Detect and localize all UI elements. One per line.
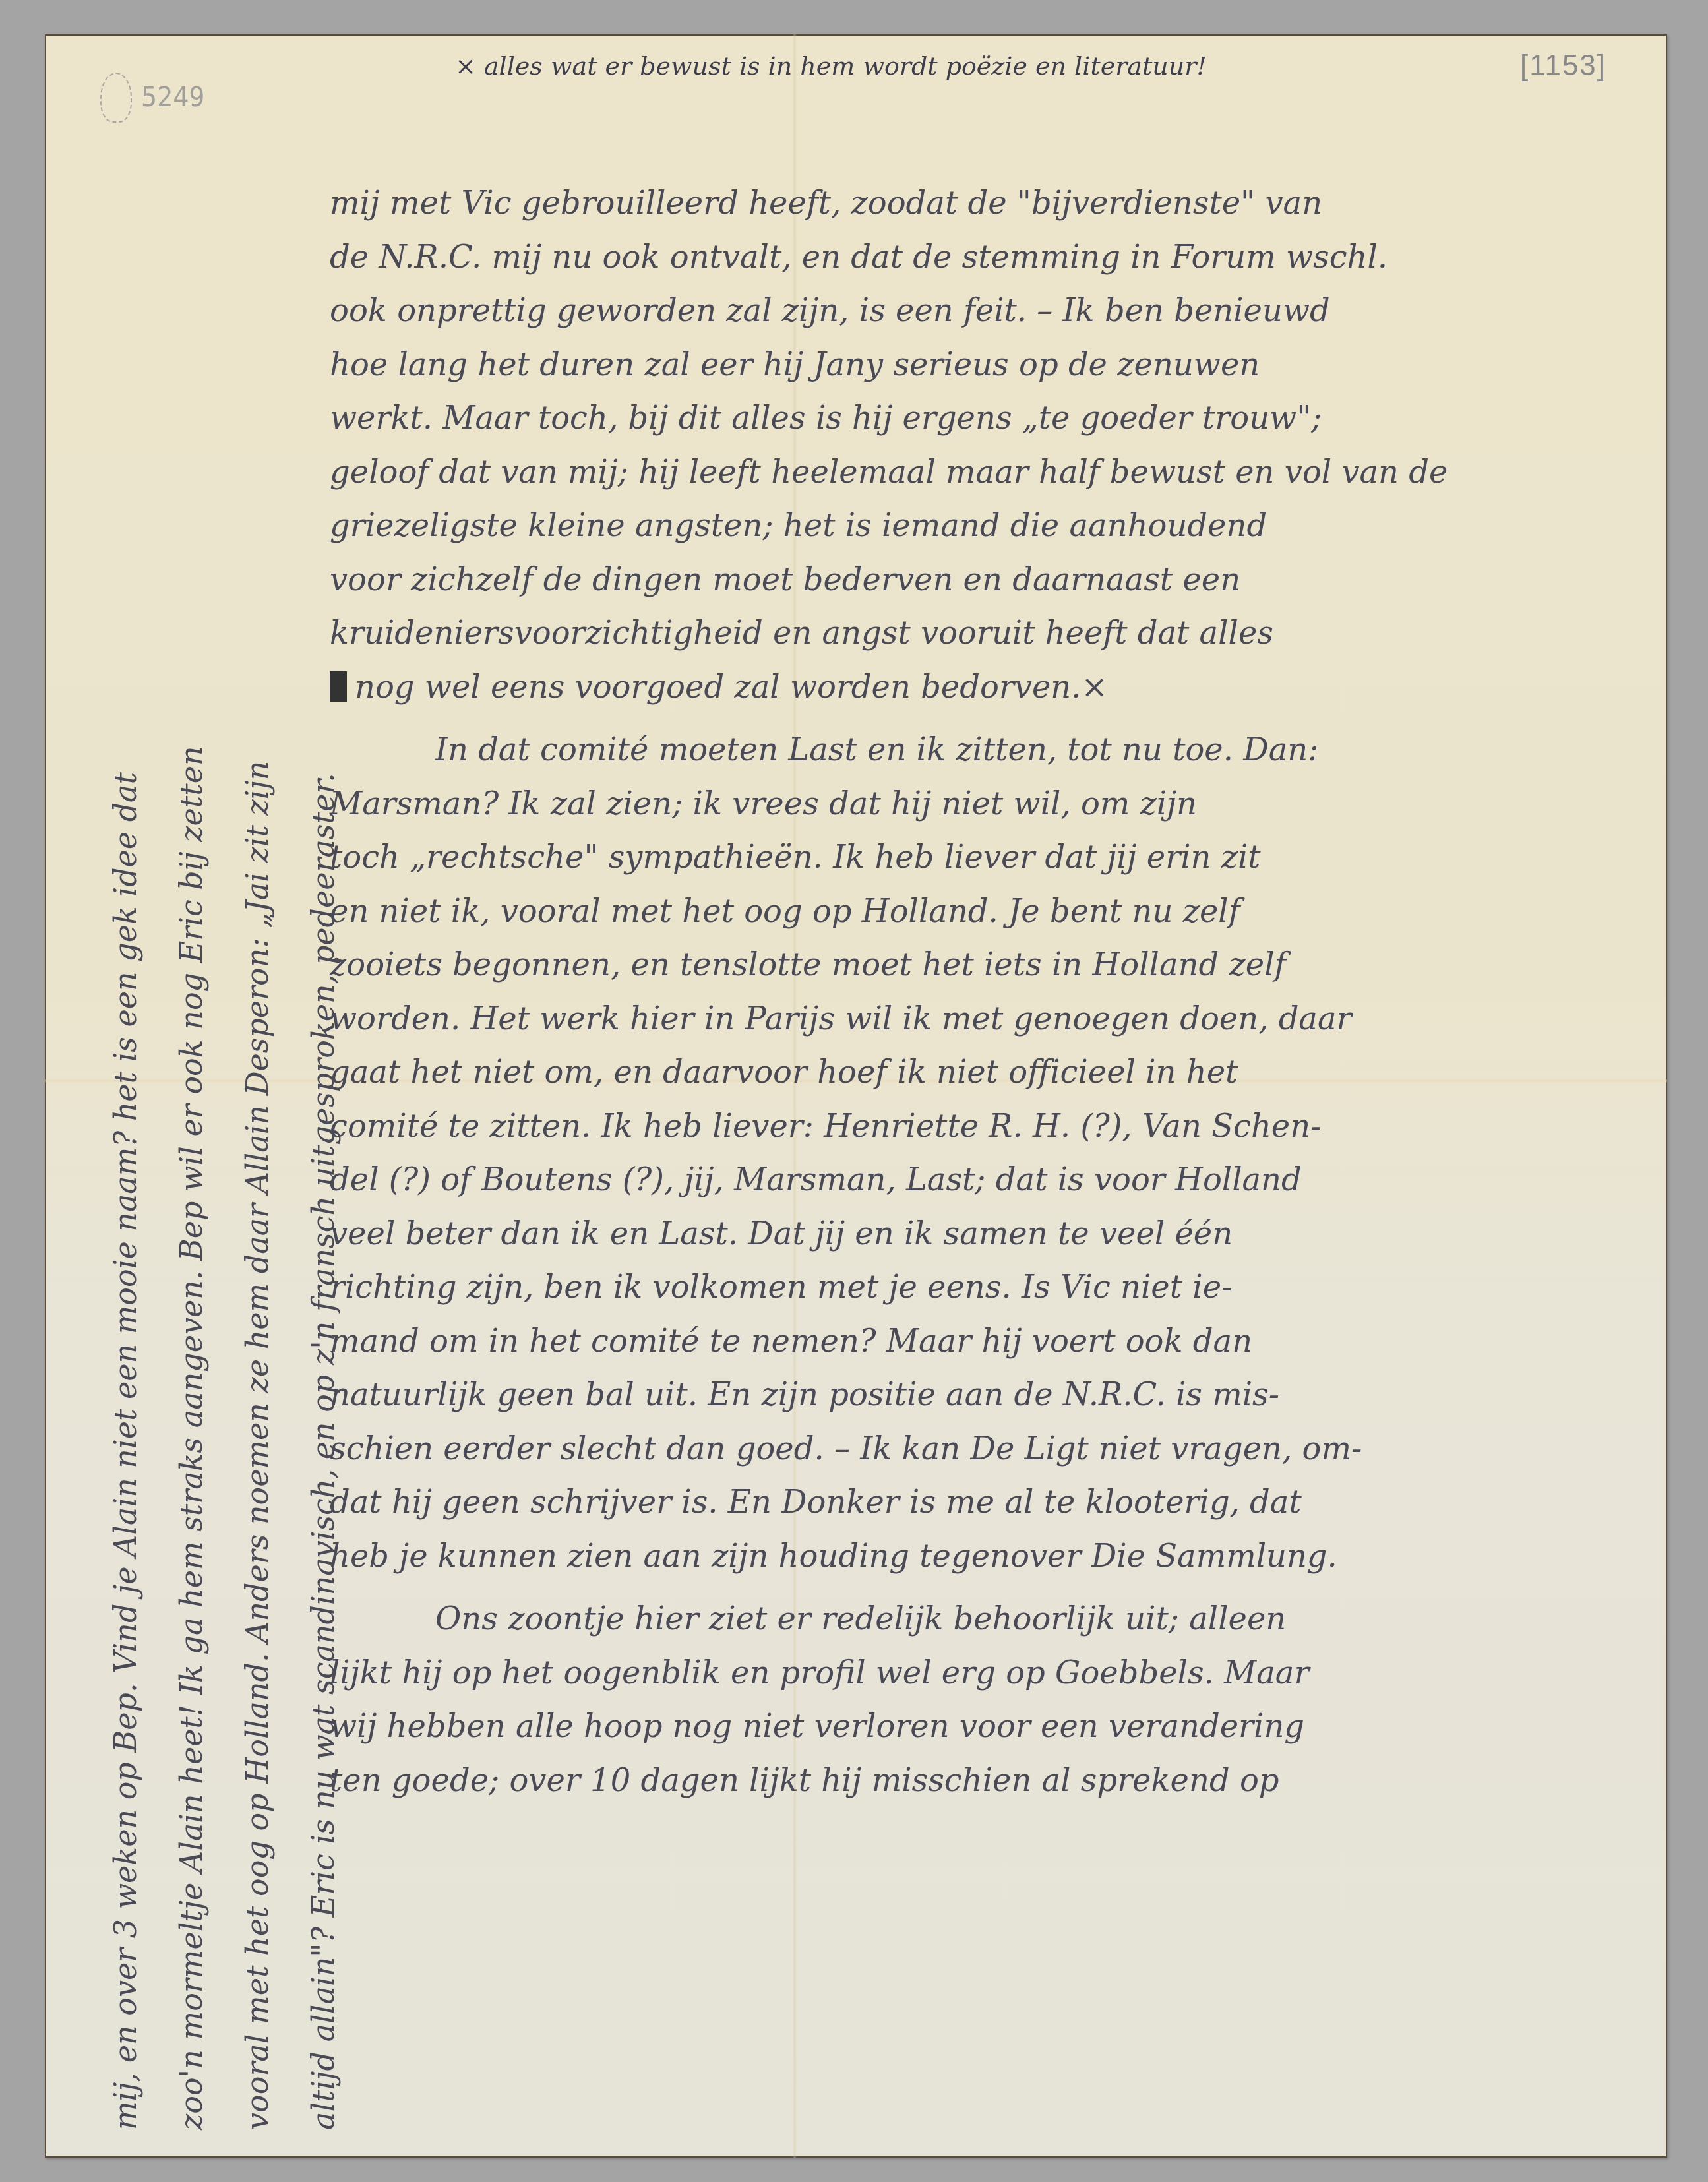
body-line-with-blot: nog wel eens voorgoed zal worden bedorve… [330, 661, 1662, 715]
body-line: ten goede; over 10 dagen lijkt hij missc… [330, 1754, 1662, 1808]
body-line: voor zichzelf de dingen moet bederven en… [330, 553, 1662, 607]
body-line: Marsman? Ik zal zien; ik vrees dat hij n… [330, 777, 1662, 832]
margin-line: altijd allain"? Eric is nu wat scandinav… [290, 152, 356, 2130]
body-line: ook onprettig geworden zal zijn, is een … [330, 284, 1662, 338]
body-line: heb je kunnen zien aan zijn houding tege… [330, 1530, 1662, 1584]
body-line: de N.R.C. mij nu ook ontvalt, en dat de … [330, 231, 1662, 285]
body-line-text: nog wel eens voorgoed zal worden bedorve… [355, 669, 1108, 706]
margin-line: zoo'n mormeltje Alain heet! Ik ga hem st… [158, 152, 224, 2130]
body-line: lijkt hij op het oogenblik en profil wel… [330, 1647, 1662, 1701]
archive-stamp: 5249 [100, 73, 204, 123]
body-line: dat hij geen schrijver is. En Donker is … [330, 1476, 1662, 1530]
body-line: worden. Het werk hier in Parijs wil ik m… [330, 992, 1662, 1046]
body-line: mij met Vic gebrouilleerd heeft, zoodat … [330, 177, 1662, 231]
body-line: geloof dat van mij; hij leeft heelemaal … [330, 446, 1662, 500]
archive-stamp-icon [100, 73, 132, 123]
body-line: richting zijn, ben ik volkomen met je ee… [330, 1261, 1662, 1315]
left-margin-note: mij, en over 3 weken op Bep. Vind je Ala… [92, 152, 356, 2130]
body-line: natuurlijk geen bal uit. En zijn positie… [330, 1368, 1662, 1422]
body-line: toch „rechtsche" sympathieën. Ik heb lie… [330, 831, 1662, 885]
body-line: comité te zitten. Ik heb liever: Henriet… [330, 1100, 1662, 1154]
margin-line: mij, en over 3 weken op Bep. Vind je Ala… [92, 152, 158, 2130]
archive-reference: [1153] [1520, 49, 1606, 82]
body-line: del (?) of Boutens (?), jij, Marsman, La… [330, 1153, 1662, 1207]
body-line: en niet ik, vooral met het oog op Hollan… [330, 885, 1662, 939]
margin-line: vooral met het oog op Holland. Anders no… [224, 152, 290, 2130]
body-line: hoe lang het duren zal eer hij Jany seri… [330, 338, 1662, 392]
body-line: wij hebben alle hoop nog niet verloren v… [330, 1700, 1662, 1754]
body-line: schien eerder slecht dan goed. – Ik kan … [330, 1422, 1662, 1476]
body-line: griezeligste kleine angsten; het is iema… [330, 499, 1662, 553]
body-line-paragraph-start: In dat comité moeten Last en ik zitten, … [330, 723, 1662, 777]
body-line: kruideniersvoorzichtigheid en angst voor… [330, 607, 1662, 661]
body-line: mand om in het comité te nemen? Maar hij… [330, 1315, 1662, 1369]
letter-body: mij met Vic gebrouilleerd heeft, zoodat … [330, 177, 1662, 1807]
body-line: werkt. Maar toch, bij dit alles is hij e… [330, 392, 1662, 446]
top-footnote: × alles wat er bewust is in hem wordt po… [455, 51, 1207, 80]
body-line: gaat het niet om, en daarvoor hoef ik ni… [330, 1046, 1662, 1100]
body-line: zooiets begonnen, en tenslotte moet het … [330, 938, 1662, 992]
body-line-paragraph-start: Ons zoontje hier ziet er redelijk behoor… [330, 1592, 1662, 1647]
body-line: veel beter dan ik en Last. Dat jij en ik… [330, 1207, 1662, 1261]
stamp-number: 5249 [141, 82, 204, 113]
